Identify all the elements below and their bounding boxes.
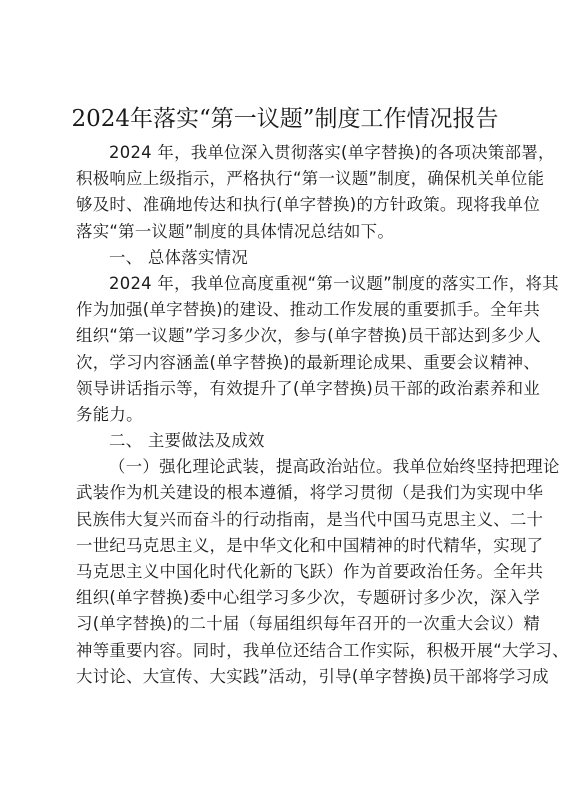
paragraph-line: 作为加强(单字替换)的建设、推动工作发展的重要抓手。全年共	[76, 297, 492, 323]
paragraph-line: （一）强化理论武装，提高政治站位。我单位始终坚持把理论	[76, 454, 492, 480]
paragraph-line: 马克思主义中国化时代化新的飞跃）作为首要政治任务。全年共	[76, 559, 492, 585]
paragraph-line: 够及时、准确地传达和执行(单字替换)的方针政策。现将我单位	[76, 192, 492, 218]
paragraph-line: 领导讲话指示等，有效提升了(单字替换)员干部的政治素养和业	[76, 376, 492, 402]
document-body: 2024 年，我单位深入贯彻落实(单字替换)的各项决策部署， 积极响应上级指示，…	[76, 140, 492, 690]
paragraph-line: 务能力。	[76, 402, 492, 428]
document-page: 2024年落实“第一议题”制度工作情况报告 2024 年，我单位深入贯彻落实(单…	[0, 0, 570, 807]
paragraph-line: 一世纪马克思主义，是中华文化和中国精神的时代精华，实现了	[76, 533, 492, 559]
paragraph-line: 组织(单字替换)委中心组学习多少次，专题研讨多少次，深入学	[76, 585, 492, 611]
paragraph-line: 次，学习内容涵盖(单字替换)的最新理论成果、重要会议精神、	[76, 350, 492, 376]
paragraph-line: 落实“第一议题”制度的具体情况总结如下。	[76, 219, 492, 245]
paragraph-line: 民族伟大复兴而奋斗的行动指南，是当代中国马克思主义、二十	[76, 507, 492, 533]
paragraph-line: 神等重要内容。同时，我单位还结合工作实际，积极开展“大学习、	[76, 638, 492, 664]
paragraph-line: 2024 年，我单位高度重视“第一议题”制度的落实工作，将其	[76, 271, 492, 297]
section-heading-2: 二、 主要做法及成效	[76, 428, 492, 454]
paragraph-line: 积极响应上级指示，严格执行“第一议题”制度，确保机关单位能	[76, 166, 492, 192]
document-title: 2024年落实“第一议题”制度工作情况报告	[0, 104, 570, 134]
paragraph-line: 组织“第一议题”学习多少次，参与(单字替换)员干部达到多少人	[76, 323, 492, 349]
section-heading-1: 一、 总体落实情况	[76, 245, 492, 271]
paragraph-line: 2024 年，我单位深入贯彻落实(单字替换)的各项决策部署，	[76, 140, 492, 166]
paragraph-line: 武装作为机关建设的根本遵循，将学习贯彻（是我们为实现中华	[76, 480, 492, 506]
paragraph-line: 大讨论、大宣传、大实践”活动，引导(单字替换)员干部将学习成	[76, 664, 492, 690]
paragraph-line: 习(单字替换)的二十届（每届组织每年召开的一次重大会议）精	[76, 611, 492, 637]
